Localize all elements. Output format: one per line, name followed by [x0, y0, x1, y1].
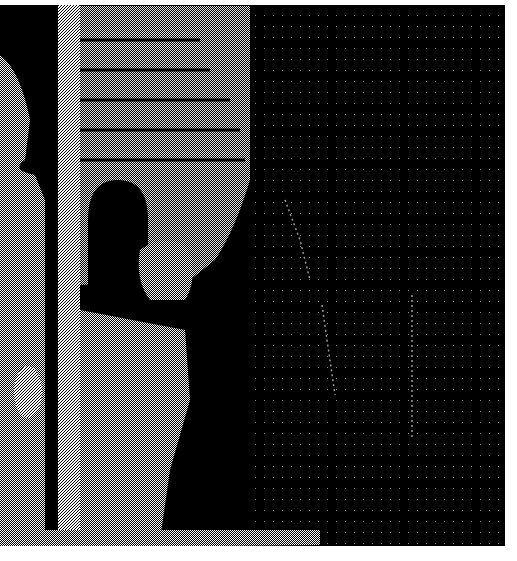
- vertical-pillar: [58, 5, 80, 545]
- left-figure-highlight: [14, 366, 42, 418]
- right-shadow-area: [250, 5, 500, 545]
- top-border: [0, 0, 517, 5]
- halftone-photograph: [0, 0, 517, 561]
- bottom-border: [0, 546, 517, 561]
- floor-strip: [0, 530, 320, 548]
- photo-canvas: [0, 0, 517, 561]
- right-border: [505, 0, 517, 561]
- central-figure: [139, 241, 193, 300]
